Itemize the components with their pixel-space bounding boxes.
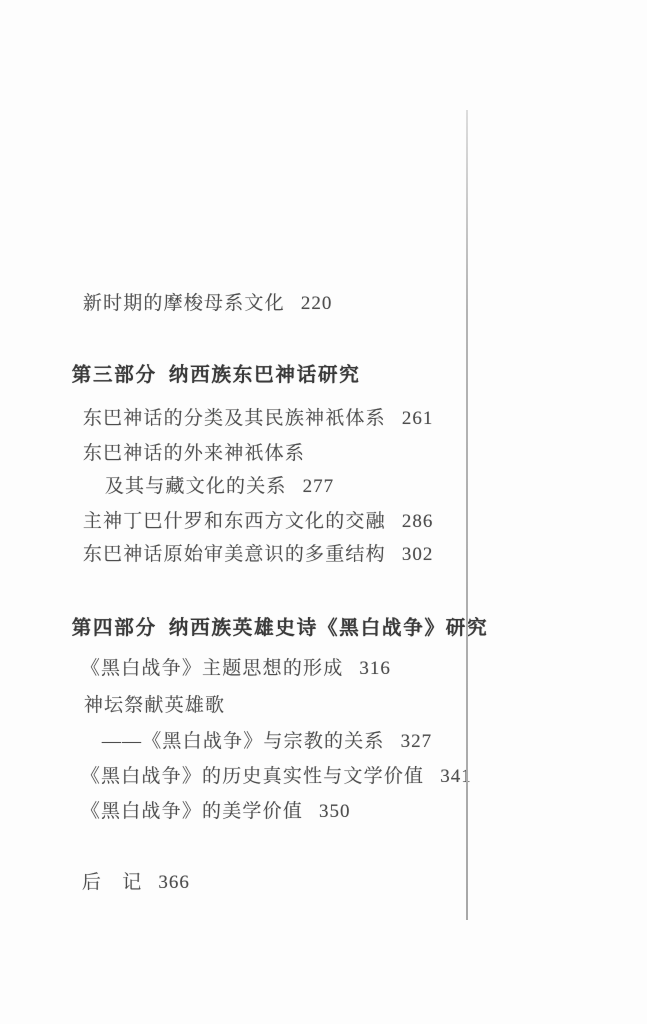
toc-entry-page: 316 — [359, 658, 391, 679]
section-title: 纳西族东巴神话研究 — [169, 365, 361, 386]
toc-entry: 东巴神话的外来神祇体系 — [59, 421, 321, 443]
scanned-toc-page: 新时期的摩梭母系文化220 第三部分纳西族东巴神话研究 东巴神话的分类及其民族神… — [0, 0, 647, 1024]
toc-entry: 主神丁巴什罗和东西方文化的交融286 — [59, 489, 433, 511]
toc-entry-text: 《黑白战争》的美学价值 — [81, 801, 303, 822]
toc-entry: 东巴神话原始审美意识的多重结构302 — [59, 522, 433, 544]
toc-entry-page: 220 — [301, 293, 333, 314]
toc-entry-text: 东巴神话原始审美意识的多重结构 — [83, 544, 386, 565]
toc-section-heading: 第四部分纳西族英雄史诗《黑白战争》研究 — [45, 596, 488, 618]
toc-entry: 神坛祭献英雄歌 — [60, 673, 241, 695]
toc-entry-page: 302 — [402, 544, 434, 565]
toc-entry-continuation: 及其与藏文化的关系277 — [81, 454, 334, 476]
toc-entry-text: 新时期的摩梭母系文化 — [83, 293, 285, 314]
toc-entry-page: 261 — [402, 408, 434, 429]
toc-section-heading: 第三部分纳西族东巴神话研究 — [45, 343, 361, 365]
toc-entry-page: 350 — [319, 801, 351, 822]
toc-entry-continuation: ——《黑白战争》与宗教的关系327 — [78, 709, 432, 731]
toc-entry: 《黑白战争》主题思想的形成316 — [57, 636, 391, 658]
toc-entry-page: 366 — [158, 872, 190, 893]
toc-backmatter-entry: 后 记366 — [58, 850, 190, 872]
section-label: 第三部分 — [72, 365, 157, 386]
toc-entry: 《黑白战争》的历史真实性与文学价值341 — [57, 744, 472, 766]
toc-entry: 新时期的摩梭母系文化220 — [59, 271, 332, 293]
toc-entry: 东巴神话的分类及其民族神祇体系261 — [59, 386, 433, 408]
toc-entry-text: 后 记 — [82, 872, 143, 893]
toc-entry: 《黑白战争》的美学价值350 — [57, 779, 351, 801]
page-edge-line — [466, 110, 468, 920]
